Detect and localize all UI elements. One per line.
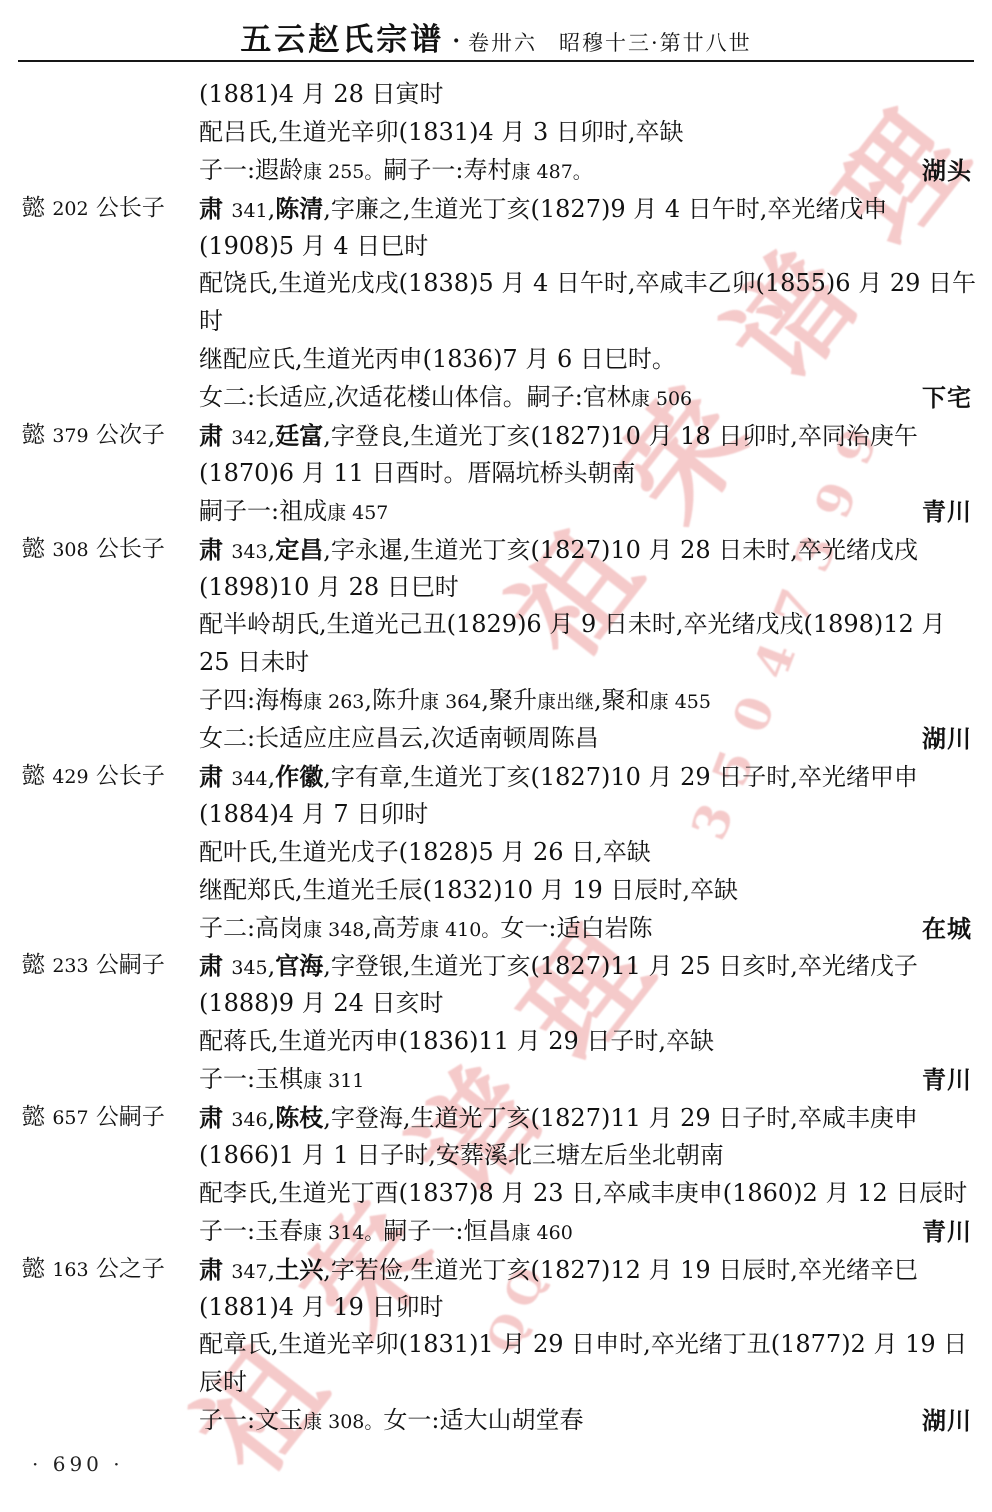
text-segment: 379: [52, 425, 88, 447]
generation-label: 懿 202 公长子: [22, 190, 165, 229]
generation-label: 懿 163 公之子: [22, 1251, 165, 1290]
entry-text: 辰时: [199, 1364, 247, 1402]
section-label: 昭穆十三·第廿八世: [559, 31, 752, 55]
text-segment: (1908)5 月 4 日巳时: [199, 232, 428, 260]
page-number: · 690 ·: [32, 1452, 124, 1476]
generation-label: 懿 379 公次子: [22, 417, 165, 456]
text-segment: ,字登海,生道光丁亥(1827)11 月 29 日子时,卒咸丰庚申: [323, 1104, 918, 1132]
genealogy-line: (1866)1 月 1 日子时,安葬溪北三塘左后坐北朝南: [0, 1137, 992, 1175]
text-segment: ,陈升: [364, 686, 420, 714]
generation-label: 懿 657 公嗣子: [22, 1099, 165, 1138]
genealogy-line: 子二:高岗康 348,高芳康 410。女一:适白岩陈在城: [0, 910, 992, 948]
text-segment: 康 410。: [420, 919, 500, 941]
book-title: 五云赵氏宗谱: [240, 22, 444, 58]
text-segment: 肃: [199, 1103, 231, 1132]
genealogy-line: 子一:遐龄康 255。嗣子一:寿村康 487。湖头: [0, 152, 992, 190]
text-segment: 公长子: [89, 763, 165, 789]
entry-text: (1881)4 月 19 日卯时: [199, 1289, 444, 1327]
entry-text: 子一:玉春康 314。嗣子一:恒昌康 460: [199, 1213, 573, 1253]
genealogy-line: 女二:长适应,次适花楼山体信。嗣子:官林康 506下宅: [0, 379, 992, 417]
text-segment: 163: [52, 1259, 88, 1281]
entry-text: 配半岭胡氏,生道光己丑(1829)6 月 9 日未时,卒光绪戊戌(1898)12…: [199, 606, 945, 644]
location-tag: 在城: [922, 910, 972, 948]
text-segment: 陈枝: [275, 1103, 323, 1132]
text-segment: 子一:玉春: [199, 1217, 303, 1245]
genealogy-line: (1898)10 月 28 日巳时: [0, 569, 992, 607]
text-segment: 肃: [199, 1255, 231, 1284]
text-segment: ,字若俭,生道光丁亥(1827)12 月 19 日辰时,卒光绪辛巳: [323, 1256, 918, 1284]
text-segment: 康 314。: [303, 1222, 383, 1244]
entry-text: 肃 344,作徽,字有章,生道光丁亥(1827)10 月 29 日子时,卒光绪甲…: [199, 758, 918, 799]
text-segment: 懿: [22, 422, 52, 448]
genealogy-entries: (1881)4 月 28 日寅时配吕氏,生道光辛卯(1831)4 月 3 日卯时…: [0, 76, 992, 1440]
text-segment: 康 506: [631, 388, 692, 410]
entry-text: 子四:海梅康 263,陈升康 364,聚升康出继,聚和康 455: [199, 682, 711, 722]
text-segment: 懿: [22, 195, 52, 221]
text-segment: 子二:高岗: [199, 914, 303, 942]
text-segment: 作徽: [275, 762, 323, 791]
genealogy-line: 懿 163 公之子肃 347,土兴,字若俭,生道光丁亥(1827)12 月 19…: [0, 1251, 992, 1289]
text-segment: ,聚和: [594, 686, 650, 714]
text-segment: 康 263: [303, 691, 364, 713]
text-segment: ,字永暹,生道光丁亥(1827)10 月 28 日未时,卒光绪戊戌: [323, 536, 918, 564]
text-segment: 辰时: [199, 1368, 247, 1396]
location-tag: 青川: [922, 1213, 972, 1251]
text-segment: 土兴: [275, 1255, 323, 1284]
text-segment: 康 457: [327, 502, 388, 524]
text-segment: 公长子: [89, 195, 165, 221]
text-segment: (1884)4 月 7 日卯时: [199, 800, 428, 828]
genealogy-line: 懿 233 公嗣子肃 345,官海,字登银,生道光丁亥(1827)11 月 25…: [0, 947, 992, 985]
text-segment: 肃: [199, 762, 231, 791]
text-segment: 廷富: [275, 421, 323, 450]
page-header: 五云赵氏宗谱·卷卅六昭穆十三·第廿八世: [0, 14, 992, 59]
entry-text: 肃 341,陈清,字廉之,生道光丁亥(1827)9 月 4 日午时,卒光绪戊申: [199, 190, 887, 231]
text-segment: 345: [231, 957, 267, 979]
location-tag: 青川: [922, 1061, 972, 1099]
text-segment: 继配郑氏,生道光壬辰(1832)10 月 19 日辰时,卒缺: [199, 876, 738, 904]
genealogy-line: 辰时: [0, 1364, 992, 1402]
entry-text: 配叶氏,生道光戊子(1828)5 月 26 日,卒缺: [199, 834, 651, 872]
entry-text: 肃 342,廷富,字登良,生道光丁亥(1827)10 月 18 日卯时,卒同治庚…: [199, 417, 918, 458]
text-segment: 657: [52, 1107, 88, 1129]
text-segment: 配李氏,生道光丁酉(1837)8 月 23 日,卒咸丰庚申(1860)2 月 1…: [199, 1179, 967, 1207]
text-segment: (1866)1 月 1 日子时,安葬溪北三塘左后坐北朝南: [199, 1141, 724, 1169]
genealogy-line: 女二:长适应庄应昌云,次适南顿周陈昌湖川: [0, 720, 992, 758]
entry-text: (1884)4 月 7 日卯时: [199, 796, 428, 834]
genealogy-line: 配李氏,生道光丁酉(1837)8 月 23 日,卒咸丰庚申(1860)2 月 1…: [0, 1175, 992, 1213]
text-segment: 康 487。: [512, 161, 592, 183]
title-separator-dot: ·: [452, 28, 460, 54]
location-tag: 青川: [922, 493, 972, 531]
genealogy-line: 继配应氏,生道光丙申(1836)7 月 6 日巳时。: [0, 341, 992, 379]
genealogy-line: (1881)4 月 28 日寅时: [0, 76, 992, 114]
generation-label: 懿 233 公嗣子: [22, 947, 165, 986]
entry-text: 子二:高岗康 348,高芳康 410。女一:适白岩陈: [199, 910, 652, 950]
text-segment: 配叶氏,生道光戊子(1828)5 月 26 日,卒缺: [199, 838, 651, 866]
text-segment: 公次子: [89, 422, 165, 448]
text-segment: (1888)9 月 24 日亥时: [199, 989, 444, 1017]
text-segment: 女一:适白岩陈: [500, 914, 652, 942]
entry-text: 时: [199, 303, 223, 341]
text-segment: 懿: [22, 536, 52, 562]
entry-text: 子一:玉棋康 311: [199, 1061, 364, 1101]
header-rule: [18, 60, 974, 62]
text-segment: 公嗣子: [89, 952, 165, 978]
text-segment: (1898)10 月 28 日巳时: [199, 573, 459, 601]
location-tag: 湖头: [922, 152, 972, 190]
text-segment: 25 日未时: [199, 648, 309, 676]
entry-text: 肃 347,土兴,字若俭,生道光丁亥(1827)12 月 19 日辰时,卒光绪辛…: [199, 1251, 918, 1292]
text-segment: 嗣子一:祖成: [199, 497, 327, 525]
text-segment: (1881)4 月 19 日卯时: [199, 1293, 444, 1321]
text-segment: 346: [231, 1109, 267, 1131]
text-segment: 康 460: [512, 1222, 573, 1244]
text-segment: ,聚升: [481, 686, 537, 714]
text-segment: 子四:海梅: [199, 686, 303, 714]
text-segment: 康 455: [650, 691, 711, 713]
entry-text: 配吕氏,生道光辛卯(1831)4 月 3 日卯时,卒缺: [199, 114, 684, 152]
text-segment: 公之子: [89, 1256, 165, 1282]
genealogy-line: (1870)6 月 11 日酉时。厝隔坑桥头朝南: [0, 455, 992, 493]
entry-text: 配饶氏,生道光戊戌(1838)5 月 4 日午时,卒咸丰乙卯(1855)6 月 …: [199, 265, 976, 303]
text-segment: 344: [231, 768, 267, 790]
genealogy-line: 子一:玉棋康 311青川: [0, 1061, 992, 1099]
text-segment: 懿: [22, 952, 52, 978]
entry-text: 配蒋氏,生道光丙申(1836)11 月 29 日子时,卒缺: [199, 1023, 714, 1061]
text-segment: 康出继: [537, 691, 594, 713]
text-segment: 懿: [22, 763, 52, 789]
text-segment: 子一:玉棋: [199, 1065, 303, 1093]
genealogy-line: (1908)5 月 4 日巳时: [0, 228, 992, 266]
entry-text: 继配郑氏,生道光壬辰(1832)10 月 19 日辰时,卒缺: [199, 872, 738, 910]
text-segment: 配半岭胡氏,生道光己丑(1829)6 月 9 日未时,卒光绪戊戌(1898)12…: [199, 610, 945, 638]
text-segment: 343: [231, 541, 267, 563]
text-segment: 202: [52, 198, 88, 220]
entry-text: (1866)1 月 1 日子时,安葬溪北三塘左后坐北朝南: [199, 1137, 724, 1175]
volume-label: 卷卅六: [468, 31, 537, 55]
generation-label: 懿 429 公长子: [22, 758, 165, 797]
genealogy-line: 懿 429 公长子肃 344,作徽,字有章,生道光丁亥(1827)10 月 29…: [0, 758, 992, 796]
entry-text: 女二:长适应庄应昌云,次适南顿周陈昌: [199, 720, 599, 758]
genealogy-line: 配章氏,生道光辛卯(1831)1 月 29 日申时,卒光绪丁丑(1877)2 月…: [0, 1326, 992, 1364]
entry-text: (1898)10 月 28 日巳时: [199, 569, 459, 607]
text-segment: 康 255。: [303, 161, 383, 183]
text-segment: 康 308。: [303, 1411, 383, 1433]
text-segment: 康 311: [303, 1070, 364, 1092]
genealogy-line: 配饶氏,生道光戊戌(1838)5 月 4 日午时,卒咸丰乙卯(1855)6 月 …: [0, 265, 992, 303]
genealogy-line: 继配郑氏,生道光壬辰(1832)10 月 19 日辰时,卒缺: [0, 872, 992, 910]
entry-text: 女二:长适应,次适花楼山体信。嗣子:官林康 506: [199, 379, 692, 419]
text-segment: 子一:遐龄: [199, 156, 303, 184]
location-tag: 湖川: [922, 720, 972, 758]
genealogy-line: 时: [0, 303, 992, 341]
entry-text: 子一:遐龄康 255。嗣子一:寿村康 487。: [199, 152, 592, 192]
entry-text: (1881)4 月 28 日寅时: [199, 76, 444, 114]
text-segment: 陈清: [275, 194, 323, 223]
genealogy-line: 嗣子一:祖成康 457青川: [0, 493, 992, 531]
text-segment: 341: [231, 200, 267, 222]
text-segment: 配饶氏,生道光戊戌(1838)5 月 4 日午时,卒咸丰乙卯(1855)6 月 …: [199, 269, 976, 297]
genealogy-line: 子一:玉春康 314。嗣子一:恒昌康 460青川: [0, 1213, 992, 1251]
genealogy-line: 懿 657 公嗣子肃 346,陈枝,字登海,生道光丁亥(1827)11 月 29…: [0, 1099, 992, 1137]
text-segment: 肃: [199, 421, 231, 450]
entry-text: 肃 346,陈枝,字登海,生道光丁亥(1827)11 月 29 日子时,卒咸丰庚…: [199, 1099, 918, 1140]
text-segment: 配章氏,生道光辛卯(1831)1 月 29 日申时,卒光绪丁丑(1877)2 月…: [199, 1330, 967, 1358]
genealogy-line: 懿 308 公长子肃 343,定昌,字永暹,生道光丁亥(1827)10 月 28…: [0, 531, 992, 569]
text-segment: 肃: [199, 535, 231, 564]
entry-text: (1888)9 月 24 日亥时: [199, 985, 444, 1023]
text-segment: ,字廉之,生道光丁亥(1827)9 月 4 日午时,卒光绪戊申: [323, 195, 887, 223]
text-segment: 429: [52, 766, 88, 788]
entry-text: 嗣子一:祖成康 457: [199, 493, 388, 533]
text-segment: 懿: [22, 1104, 52, 1130]
genealogy-line: 配蒋氏,生道光丙申(1836)11 月 29 日子时,卒缺: [0, 1023, 992, 1061]
text-segment: 女二:长适应,次适花楼山体信。嗣子:官林: [199, 383, 631, 411]
text-segment: 官海: [275, 951, 323, 980]
text-segment: 子一:文玉: [199, 1406, 303, 1434]
location-tag: 下宅: [922, 379, 972, 417]
text-segment: ,高芳: [364, 914, 420, 942]
genealogy-line: 配半岭胡氏,生道光己丑(1829)6 月 9 日未时,卒光绪戊戌(1898)12…: [0, 606, 992, 644]
text-segment: 342: [231, 427, 267, 449]
text-segment: 233: [52, 955, 88, 977]
text-segment: 肃: [199, 951, 231, 980]
genealogy-line: (1881)4 月 19 日卯时: [0, 1289, 992, 1327]
text-segment: (1881)4 月 28 日寅时: [199, 80, 444, 108]
entry-text: (1908)5 月 4 日巳时: [199, 228, 428, 266]
genealogy-line: 懿 379 公次子肃 342,廷富,字登良,生道光丁亥(1827)10 月 18…: [0, 417, 992, 455]
text-segment: 配蒋氏,生道光丙申(1836)11 月 29 日子时,卒缺: [199, 1027, 714, 1055]
text-segment: 公长子: [89, 536, 165, 562]
text-segment: (1870)6 月 11 日酉时。厝隔坑桥头朝南: [199, 459, 636, 487]
genealogy-line: 子一:文玉康 308。女一:适大山胡堂春湖川: [0, 1402, 992, 1440]
text-segment: ,字有章,生道光丁亥(1827)10 月 29 日子时,卒光绪甲申: [323, 763, 918, 791]
text-segment: 308: [52, 539, 88, 561]
entry-text: 肃 343,定昌,字永暹,生道光丁亥(1827)10 月 28 日未时,卒光绪戊…: [199, 531, 918, 572]
entry-text: 25 日未时: [199, 644, 309, 682]
entry-text: 继配应氏,生道光丙申(1836)7 月 6 日巳时。: [199, 341, 676, 379]
text-segment: 康 364: [420, 691, 481, 713]
text-segment: 公嗣子: [89, 1104, 165, 1130]
text-segment: 定昌: [275, 535, 323, 564]
genealogy-line: (1888)9 月 24 日亥时: [0, 985, 992, 1023]
text-segment: 懿: [22, 1256, 52, 1282]
text-segment: 肃: [199, 194, 231, 223]
entry-text: 肃 345,官海,字登银,生道光丁亥(1827)11 月 25 日亥时,卒光绪戊…: [199, 947, 918, 988]
text-segment: 347: [231, 1261, 267, 1283]
text-segment: 康 348: [303, 919, 364, 941]
location-tag: 湖川: [922, 1402, 972, 1440]
text-segment: 配吕氏,生道光辛卯(1831)4 月 3 日卯时,卒缺: [199, 118, 684, 146]
text-segment: 女一:适大山胡堂春: [383, 1406, 583, 1434]
text-segment: 时: [199, 307, 223, 335]
entry-text: (1870)6 月 11 日酉时。厝隔坑桥头朝南: [199, 455, 636, 493]
genealogy-line: 子四:海梅康 263,陈升康 364,聚升康出继,聚和康 455: [0, 682, 992, 720]
genealogy-line: 懿 202 公长子肃 341,陈清,字廉之,生道光丁亥(1827)9 月 4 日…: [0, 190, 992, 228]
entry-text: 子一:文玉康 308。女一:适大山胡堂春: [199, 1402, 584, 1442]
genealogy-line: 配吕氏,生道光辛卯(1831)4 月 3 日卯时,卒缺: [0, 114, 992, 152]
genealogy-line: 配叶氏,生道光戊子(1828)5 月 26 日,卒缺: [0, 834, 992, 872]
genealogy-line: 25 日未时: [0, 644, 992, 682]
text-segment: 继配应氏,生道光丙申(1836)7 月 6 日巳时。: [199, 345, 676, 373]
generation-label: 懿 308 公长子: [22, 531, 165, 570]
text-segment: ,字登良,生道光丁亥(1827)10 月 18 日卯时,卒同治庚午: [323, 422, 918, 450]
text-segment: 嗣子一:恒昌: [383, 1217, 511, 1245]
genealogy-line: (1884)4 月 7 日卯时: [0, 796, 992, 834]
entry-text: 配章氏,生道光辛卯(1831)1 月 29 日申时,卒光绪丁丑(1877)2 月…: [199, 1326, 967, 1364]
text-segment: 嗣子一:寿村: [383, 156, 511, 184]
text-segment: 女二:长适应庄应昌云,次适南顿周陈昌: [199, 724, 599, 752]
text-segment: ,字登银,生道光丁亥(1827)11 月 25 日亥时,卒光绪戊子: [323, 952, 918, 980]
entry-text: 配李氏,生道光丁酉(1837)8 月 23 日,卒咸丰庚申(1860)2 月 1…: [199, 1175, 967, 1213]
scanned-genealogy-page: 祖荣谱理 35047399 祖荣谱理 QQ 五云赵氏宗谱·卷卅六昭穆十三·第廿八…: [0, 0, 992, 1512]
